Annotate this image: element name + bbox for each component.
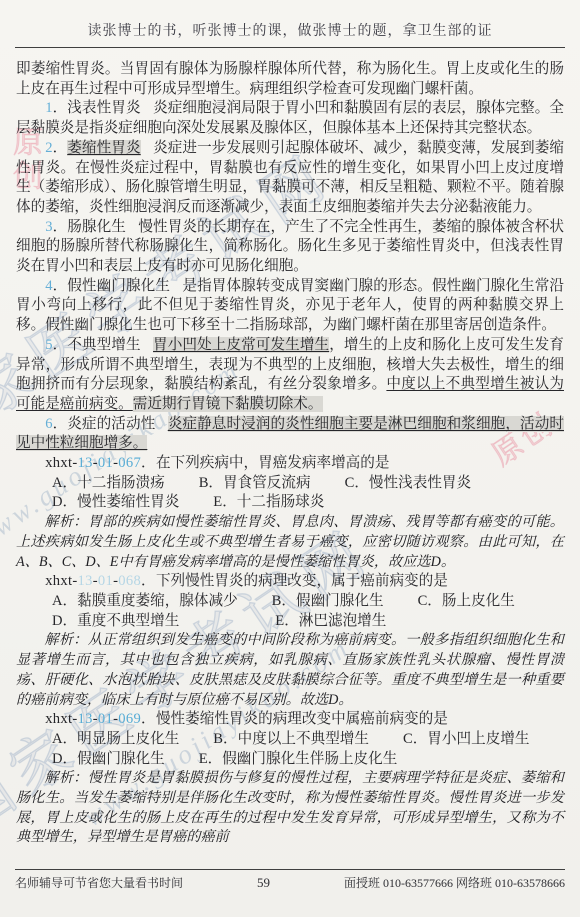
item-title: 不典型增生 <box>67 337 140 353</box>
item-title: 萎缩性胃炎 <box>67 140 140 156</box>
analysis-label: 解析： <box>44 632 87 648</box>
option-row: D．假幽门腺化生E．假幽门腺化生伴肠上皮化生 <box>16 750 564 770</box>
intro-paragraph: 即萎缩性胃炎。当胃固有腺体为肠腺样腺体所代替，称为肠化生。胃上皮或化生的肠上皮在… <box>16 60 564 99</box>
item-number-separator: ． <box>52 416 67 432</box>
code-number: 068 <box>118 573 141 589</box>
footer-slogan: 名师辅导可节省您大量看书时间 <box>15 874 183 891</box>
option-item: A．十二指肠溃疡 <box>52 474 165 494</box>
question-block: xhxt-13-01-067．在下列疾病中，胃癌发病率增高的是A．十二指肠溃疡B… <box>16 454 564 572</box>
option-row: A．明显肠上皮化生B．中度以上不典型增生C．胃小凹上皮增生 <box>16 730 564 750</box>
item-number-separator: ． <box>52 219 67 235</box>
item-number-separator: ． <box>52 140 67 156</box>
code-number: 13 <box>78 455 93 471</box>
analysis-text: 胃部的疾病如慢性萎缩性胃炎、胃息肉、胃溃疡、残胃等都有癌变的可能。上述疾病如发生… <box>16 514 564 569</box>
study-item: 4．假性幽门腺化生是指胃体腺转变成胃窦幽门腺的形态。假性幽门腺化生常沿胃小弯向上… <box>16 277 564 336</box>
page-number: 59 <box>257 875 270 891</box>
option-item: A．黏膜重度萎缩，腺体减少 <box>52 592 238 612</box>
option-item: D．慢性萎缩性胃炎 <box>52 493 179 513</box>
footer-contact: 面授班 010-63577666 网络班 010-63578666 <box>344 874 565 891</box>
analysis-paragraph: 解析：慢性胃炎是胃黏膜损伤与修复的慢性过程，主要病理学特征是炎症、萎缩和肠化生。… <box>16 769 564 848</box>
code-suffix: ． <box>141 573 156 589</box>
code-prefix: xhxt- <box>45 711 77 727</box>
option-row: D．重度不典型增生E．淋巴滤泡增生 <box>16 612 564 632</box>
page-header: 读张博士的书，听张博士的课，做张博士的题，拿卫生部的证 <box>0 0 580 40</box>
item-number-separator: ． <box>52 100 67 116</box>
header-divider <box>15 47 565 48</box>
option-item: A．明显肠上皮化生 <box>52 730 179 750</box>
analysis-label: 解析： <box>44 514 87 530</box>
content-area: 即萎缩性胃炎。当胃固有腺体为肠腺样腺体所代替，称为肠化生。胃上皮或化生的肠上皮在… <box>16 60 564 848</box>
study-item: 2．萎缩性胃炎炎症进一步发展则引起腺体破坏、减少，黏膜变薄，发展到萎缩性胃炎。在… <box>16 139 564 218</box>
analysis-text: 慢性胃炎是胃黏膜损伤与修复的慢性过程，主要病理学特征是炎症、萎缩和肠化生。当发生… <box>16 770 564 845</box>
item-title: 浅表性胃炎 <box>67 100 140 116</box>
item-title: 假性幽门腺化生 <box>67 278 170 294</box>
code-number: 01 <box>98 573 113 589</box>
question-text: 在下列疾病中，胃癌发病率增高的是 <box>156 455 390 471</box>
code-number: 13 <box>78 711 93 727</box>
code-suffix: ． <box>141 455 156 471</box>
item-text-segment: 需近期行胃镜下黏膜切除术。 <box>133 396 323 412</box>
item-text-segment: 胃小凹处上皮常可发生增生 <box>153 337 329 353</box>
option-item: C．胃小凹上皮增生 <box>403 730 530 750</box>
option-item: E．假幽门腺化生伴肠上皮化生 <box>199 750 398 770</box>
code-number: 01 <box>98 455 113 471</box>
question-code: xhxt-13-01-068． <box>45 573 156 589</box>
question-block: xhxt-13-01-068．下列慢性胃炎的病理改变，属于癌前病变的是A．黏膜重… <box>16 572 564 710</box>
study-item: 5．不典型增生胃小凹处上皮常可发生增生，增生的上皮和肠化上皮可发生发育异常，形成… <box>16 336 564 415</box>
analysis-text: 从正常组织到发生癌变的中间阶段称为癌前病变。一般多指组织细胞化生和显著增生而言，… <box>16 632 564 707</box>
option-item: D．重度不典型增生 <box>52 612 179 632</box>
code-suffix: ． <box>141 711 156 727</box>
code-prefix: xhxt- <box>45 573 77 589</box>
option-item: D．假幽门腺化生 <box>52 750 165 770</box>
code-number: 069 <box>118 711 141 727</box>
item-title: 炎症的活动性 <box>67 416 155 432</box>
study-item: 6．炎症的活动性炎症静息时浸润的炎性细胞主要是淋巴细胞和浆细胞，活动时见中性粒细… <box>16 415 564 454</box>
option-item: C．肠上皮化生 <box>418 592 515 612</box>
item-title: 肠腺化生 <box>67 219 126 235</box>
document-page: 国家医学考试网 www.guojiayikao.com 国家医学考试网 www.… <box>0 0 580 917</box>
item-number-separator: ． <box>52 278 67 294</box>
question-stem: xhxt-13-01-069．慢性萎缩性胃炎的病理改变中属癌前病变的是 <box>16 710 564 730</box>
code-number: 067 <box>118 455 141 471</box>
option-item: E．淋巴滤泡增生 <box>275 612 386 632</box>
study-item: 1．浅表性胃炎炎症细胞浸润局限于胃小凹和黏膜固有层的表层，腺体完整。全层黏膜炎是… <box>16 99 564 138</box>
question-text: 慢性萎缩性胃炎的病理改变中属癌前病变的是 <box>156 711 448 727</box>
analysis-paragraph: 解析：胃部的疾病如慢性萎缩性胃炎、胃息肉、胃溃疡、残胃等都有癌变的可能。上述疾病… <box>16 513 564 572</box>
option-row: A．十二指肠溃疡B．胃食管反流病C．慢性浅表性胃炎 <box>16 474 564 494</box>
option-row: A．黏膜重度萎缩，腺体减少B．假幽门腺化生C．肠上皮化生 <box>16 592 564 612</box>
question-code: xhxt-13-01-069． <box>45 711 156 727</box>
option-item: B．假幽门腺化生 <box>272 592 384 612</box>
item-number-separator: ． <box>52 337 67 353</box>
option-item: E．十二指肠球炎 <box>213 493 324 513</box>
code-number: 13 <box>78 573 93 589</box>
question-text: 下列慢性胃炎的病理改变，属于癌前病变的是 <box>156 573 448 589</box>
question-code: xhxt-13-01-067． <box>45 455 156 471</box>
page-footer: 名师辅导可节省您大量看书时间 59 面授班 010-63577666 网络班 0… <box>15 869 565 891</box>
analysis-paragraph: 解析：从正常组织到发生癌变的中间阶段称为癌前病变。一般多指组织细胞化生和显著增生… <box>16 631 564 710</box>
code-number: 01 <box>98 711 113 727</box>
option-item: B．中度以上不典型增生 <box>213 730 369 750</box>
option-item: C．慢性浅表性胃炎 <box>345 474 472 494</box>
question-stem: xhxt-13-01-068．下列慢性胃炎的病理改变，属于癌前病变的是 <box>16 572 564 592</box>
option-row: D．慢性萎缩性胃炎E．十二指肠球炎 <box>16 493 564 513</box>
study-item: 3．肠腺化生慢性胃炎的长期存在，产生了不完全性再生，萎缩的腺体被含杯状细胞的肠腺… <box>16 218 564 277</box>
question-stem: xhxt-13-01-067．在下列疾病中，胃癌发病率增高的是 <box>16 454 564 474</box>
analysis-label: 解析： <box>44 770 87 786</box>
code-prefix: xhxt- <box>45 455 77 471</box>
option-item: B．胃食管反流病 <box>199 474 311 494</box>
question-block: xhxt-13-01-069．慢性萎缩性胃炎的病理改变中属癌前病变的是A．明显肠… <box>16 710 564 848</box>
